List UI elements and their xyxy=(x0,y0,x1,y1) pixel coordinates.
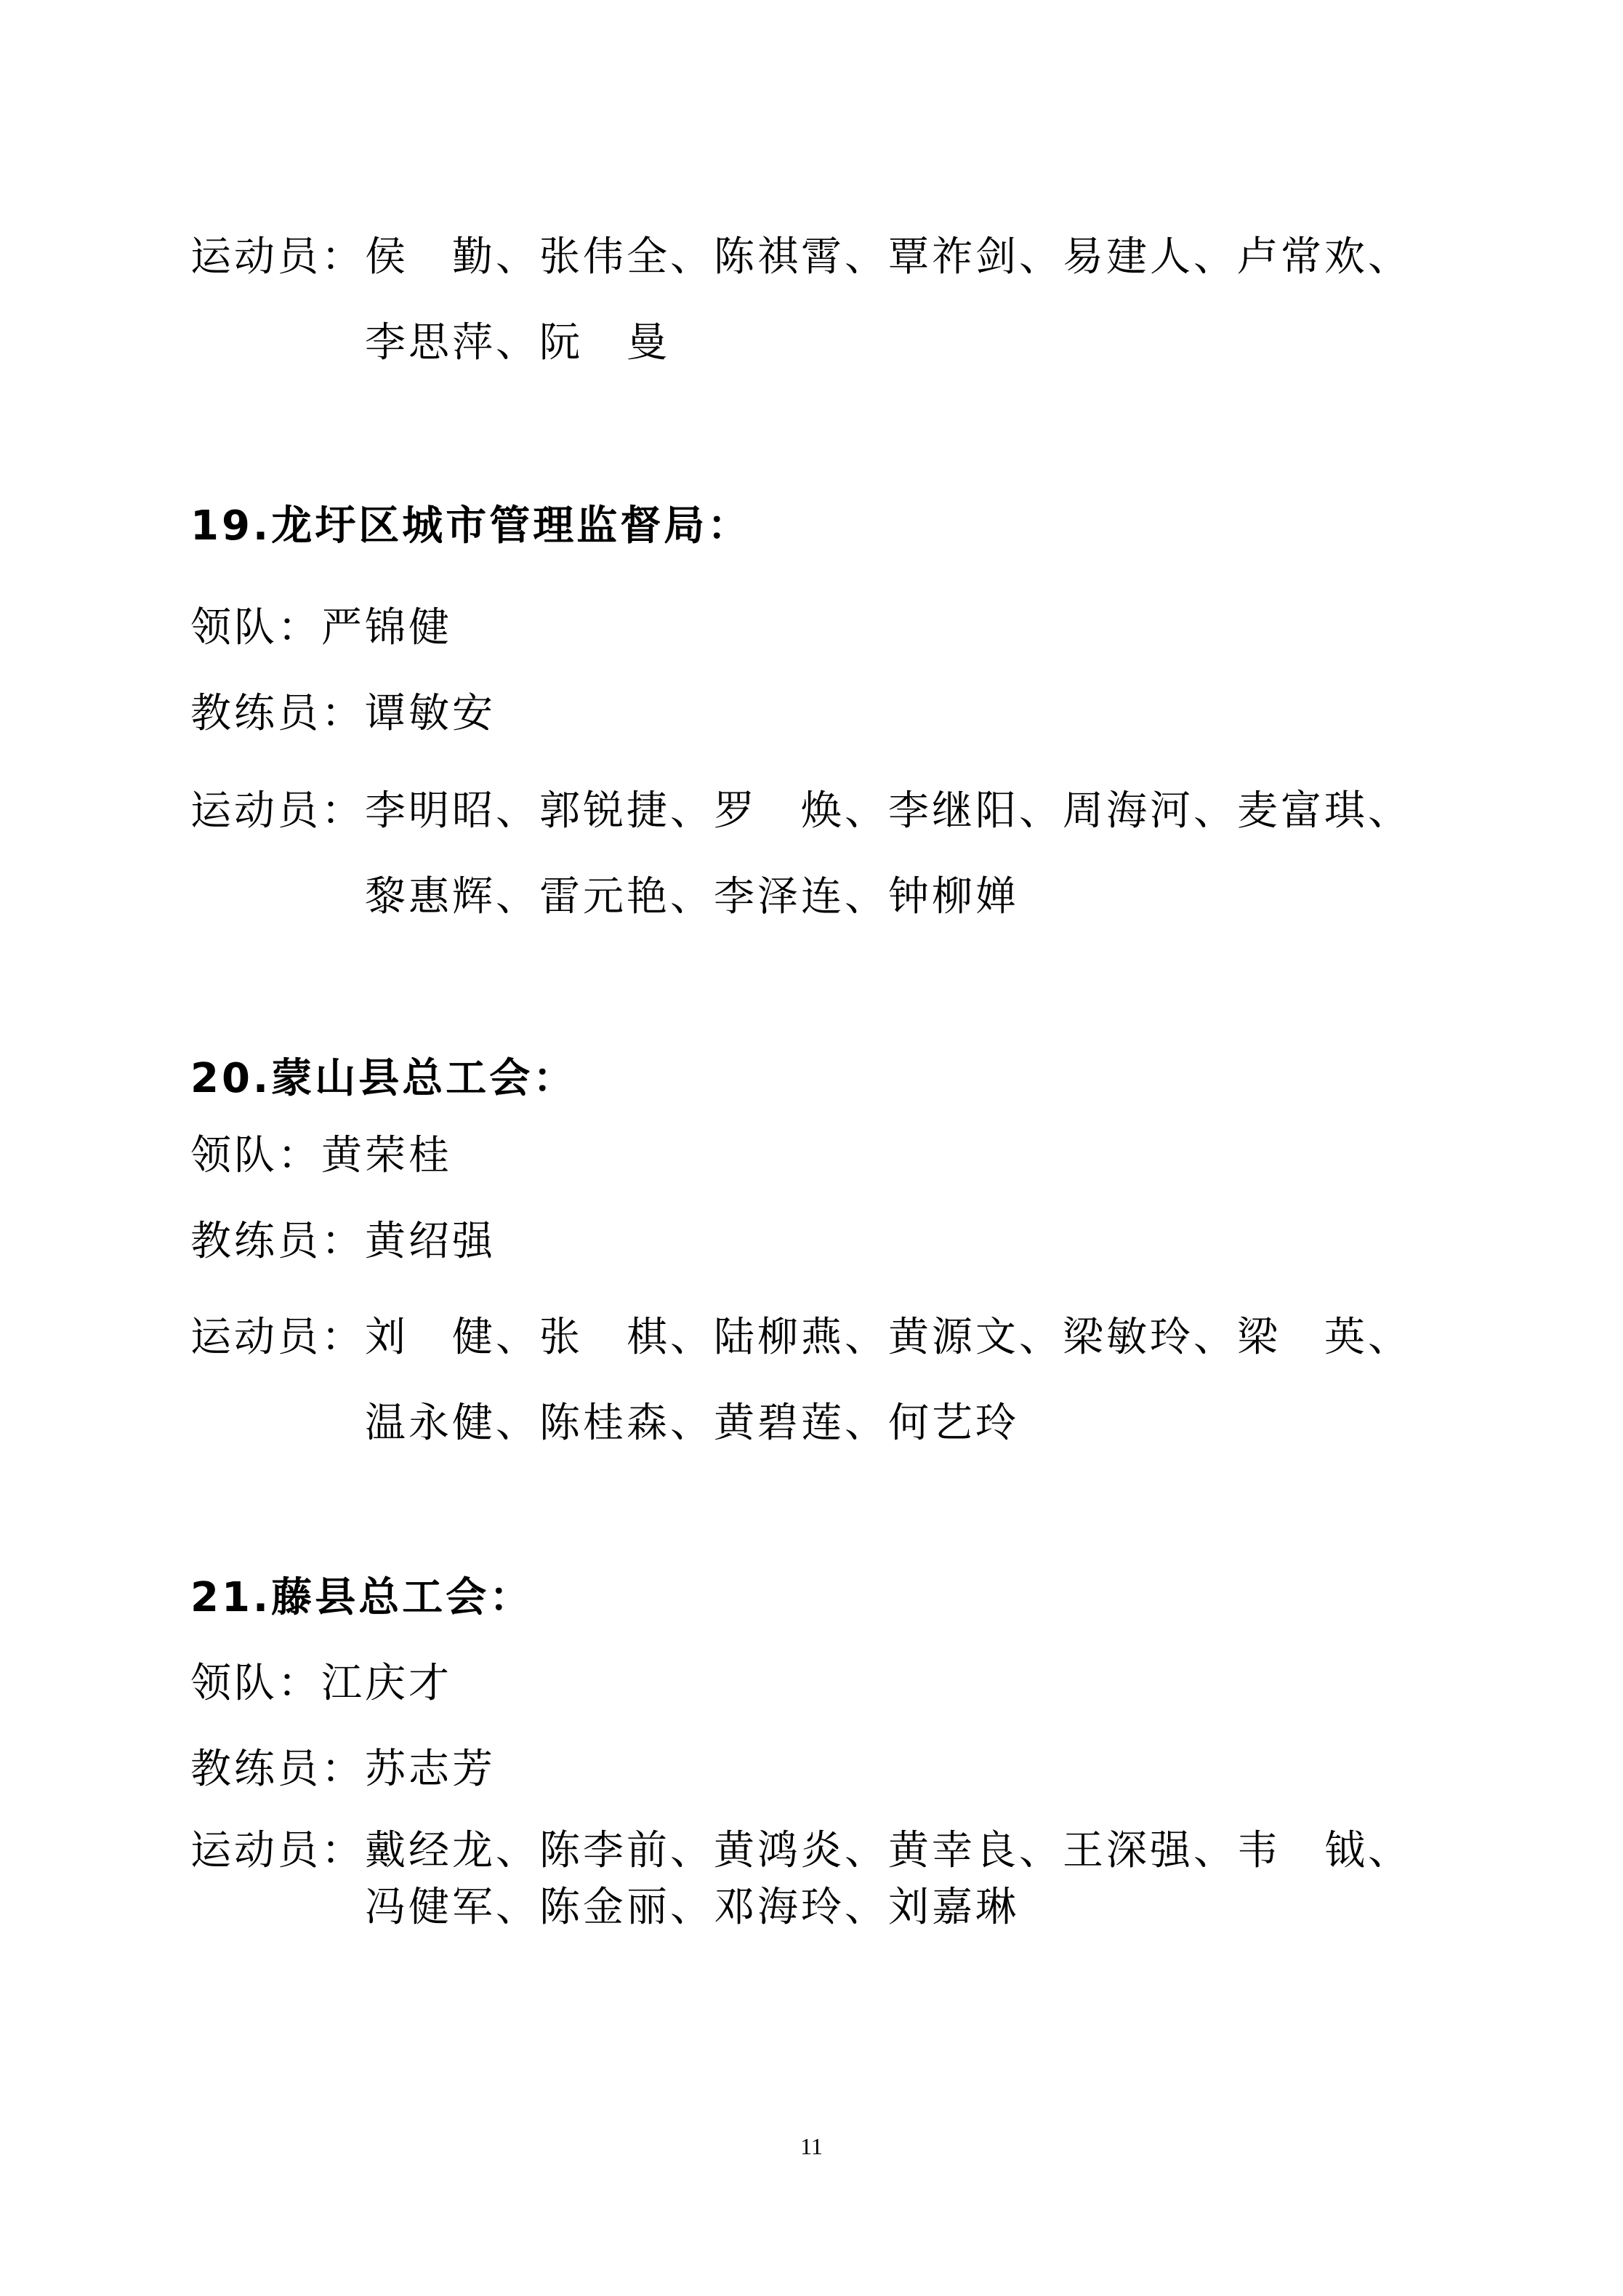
page-number: 11 xyxy=(0,2133,1623,2160)
leader-label: 领队： xyxy=(190,1661,321,1707)
coach-line: 教练员：黄绍强 xyxy=(190,1219,496,1265)
athletes-label: 运动员： xyxy=(190,1314,365,1361)
coach-line: 教练员：苏志芳 xyxy=(190,1746,496,1793)
athletes-names: 李明昭、郭锐捷、罗 焕、李继阳、周海河、麦富琪、 xyxy=(365,788,1411,835)
athletes-line-continued: 冯健军、陈金丽、邓海玲、刘嘉琳 xyxy=(365,1884,1019,1931)
athletes-line: 运动员：戴经龙、陈李前、黄鸿炎、黄幸良、王深强、韦 钺、 xyxy=(190,1828,1411,1874)
athletes-line-continued: 温永健、陈桂森、黄碧莲、何艺玲 xyxy=(365,1400,1019,1447)
leader-line: 领队：江庆才 xyxy=(190,1661,452,1707)
coach-name: 黄绍强 xyxy=(365,1219,496,1265)
athletes-label: 运动员： xyxy=(190,788,365,835)
leader-name: 严锦健 xyxy=(321,605,452,651)
document-page: 运动员：侯 勤、张伟全、陈祺霄、覃祚剑、易建人、卢常欢、 李思萍、阮 曼 19.… xyxy=(0,0,1623,2296)
leader-name: 江庆才 xyxy=(321,1661,452,1707)
athletes-names: 戴经龙、陈李前、黄鸿炎、黄幸良、王深强、韦 钺、 xyxy=(365,1828,1411,1874)
leader-line: 领队：严锦健 xyxy=(190,605,452,651)
athletes-label: 运动员： xyxy=(190,234,365,281)
coach-name: 苏志芳 xyxy=(365,1746,496,1793)
athletes-names: 侯 勤、张伟全、陈祺霄、覃祚剑、易建人、卢常欢、 xyxy=(365,234,1411,281)
athletes-line-continued: 李思萍、阮 曼 xyxy=(365,320,670,366)
section-heading: 19.龙圩区城市管理监督局： xyxy=(190,503,751,550)
athletes-line: 运动员：侯 勤、张伟全、陈祺霄、覃祚剑、易建人、卢常欢、 xyxy=(190,234,1411,281)
leader-line: 领队：黄荣桂 xyxy=(190,1133,452,1179)
coach-label: 教练员： xyxy=(190,691,365,737)
section-heading: 20.蒙山县总工会： xyxy=(190,1056,576,1102)
coach-label: 教练员： xyxy=(190,1219,365,1265)
leader-label: 领队： xyxy=(190,1133,321,1179)
coach-name: 谭敏安 xyxy=(365,691,496,737)
section-heading: 21.藤县总工会： xyxy=(190,1575,533,1621)
leader-name: 黄荣桂 xyxy=(321,1133,452,1179)
coach-line: 教练员：谭敏安 xyxy=(190,691,496,737)
athletes-line: 运动员：刘 健、张 棋、陆柳燕、黄源文、梁敏玲、梁 英、 xyxy=(190,1314,1411,1361)
athletes-names: 刘 健、张 棋、陆柳燕、黄源文、梁敏玲、梁 英、 xyxy=(365,1314,1411,1361)
leader-label: 领队： xyxy=(190,605,321,651)
athletes-label: 运动员： xyxy=(190,1828,365,1874)
coach-label: 教练员： xyxy=(190,1746,365,1793)
athletes-line-continued: 黎惠辉、雷元艳、李泽连、钟柳婵 xyxy=(365,874,1019,920)
athletes-line: 运动员：李明昭、郭锐捷、罗 焕、李继阳、周海河、麦富琪、 xyxy=(190,788,1411,835)
